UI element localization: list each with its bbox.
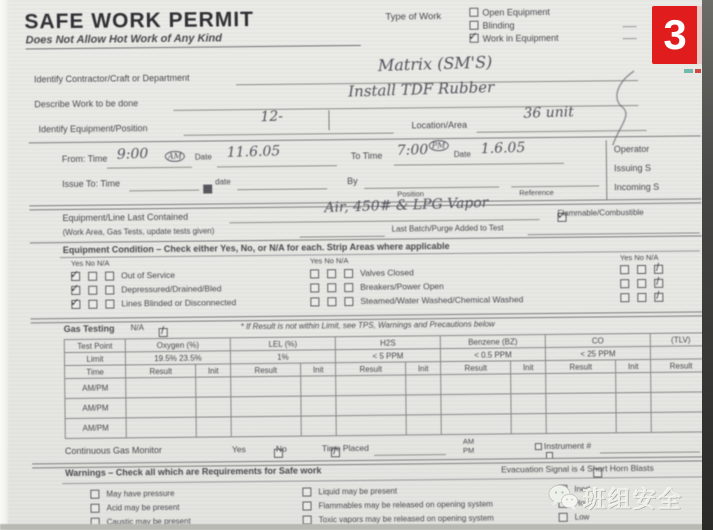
result-cell[interactable] — [126, 377, 197, 398]
result-cell[interactable] — [126, 397, 197, 418]
condition-row-right — [620, 265, 663, 274]
gas-na-checkbox[interactable] — [159, 328, 168, 337]
init-label: Init — [511, 361, 546, 374]
na-checkbox[interactable] — [105, 299, 114, 308]
type-of-work-options: Open Equipment Blinding Work in Equipmen… — [469, 5, 558, 45]
last-batch-label: Last Batch/Purge Added to Test — [392, 224, 504, 234]
yes-checkbox[interactable] — [310, 297, 319, 306]
warning-item: Flammables may be released on opening sy… — [302, 500, 492, 511]
condition-row-right — [620, 293, 663, 302]
to-label: To Time — [351, 152, 383, 162]
init-cell[interactable] — [196, 397, 231, 417]
form-subtitle: Does Not Allow Hot Work of Any Kind — [26, 31, 361, 50]
warning-checkbox[interactable] — [90, 504, 99, 513]
to-date-value: 1.6.05 — [481, 140, 526, 157]
test-point-header: Test Point — [64, 339, 125, 353]
pen-squiggle — [608, 69, 643, 149]
result-cell[interactable] — [546, 413, 617, 434]
result-label: Result — [441, 361, 511, 375]
gas-col-header: CO — [545, 333, 650, 347]
result-cell[interactable] — [336, 375, 407, 396]
divider — [29, 135, 701, 143]
monitor-am-checkbox[interactable] — [535, 443, 542, 450]
monitor-pm-label: PM — [463, 447, 474, 455]
warning-item: Toxic vapors may be released on opening … — [303, 514, 494, 525]
init-cell[interactable] — [406, 375, 441, 395]
evacuation-label: Evacuation Signal is 4 Short Horn Blasts — [501, 464, 654, 475]
condition-row: Out of Service — [71, 270, 175, 281]
result-cell[interactable] — [126, 417, 197, 438]
pink-edge-strip — [697, 6, 702, 64]
na-checkbox[interactable] — [654, 279, 663, 288]
instrument-blank[interactable] — [600, 441, 700, 453]
no-checkbox[interactable] — [327, 269, 336, 278]
result-cell[interactable] — [546, 393, 617, 414]
scanned-safe-work-permit: SAFE WORK PERMIT Does Not Allow Hot Work… — [0, 0, 713, 530]
scan-right-edge — [702, 0, 713, 530]
na-checkbox[interactable] — [654, 265, 663, 274]
result-cell[interactable] — [336, 395, 407, 416]
monitor-label: Continuous Gas Monitor — [65, 446, 162, 457]
from-date-label: Date — [195, 154, 212, 163]
na-checkbox[interactable] — [105, 285, 114, 294]
result-cell[interactable] — [336, 415, 407, 436]
warning-label: Flammables may be released on opening sy… — [318, 500, 492, 511]
init-cell[interactable] — [301, 396, 336, 416]
watermark-text: 班组安全 — [583, 481, 683, 514]
row-ampm: AM/PM — [65, 398, 126, 419]
warning-item: Liquid may be present — [302, 487, 397, 497]
warning-label: Acid may be present — [106, 503, 179, 513]
result-label: Result — [336, 362, 406, 376]
gas-col-header: LEL (%) — [230, 337, 335, 351]
init-cell[interactable] — [616, 412, 651, 432]
contained-label: Equipment/Line Last Contained — [62, 213, 188, 224]
contractor-value: Matrix (SM'S) — [378, 52, 493, 75]
option-blinding[interactable]: Blinding — [469, 18, 558, 32]
step-number-badge: 3 — [652, 6, 698, 64]
yes-checkbox[interactable] — [310, 269, 319, 278]
row-ampm: AM/PM — [65, 418, 126, 439]
limit-value: < 25 PPM — [545, 346, 650, 360]
checkbox-open-equipment[interactable] — [469, 8, 478, 17]
result-label: Result — [546, 360, 616, 374]
equipment-value: 12- — [260, 109, 283, 126]
checkbox-work-in-equipment[interactable] — [470, 34, 479, 43]
yes-checkbox[interactable] — [71, 285, 80, 294]
gas-col-header: Benzene (BZ) — [440, 335, 545, 349]
no-checkbox[interactable] — [637, 265, 646, 274]
gas-testing-label: Gas Testing — [64, 325, 115, 335]
scan-bottom-edge — [0, 524, 713, 530]
gas-col-header: H2S — [335, 336, 440, 350]
stray-mark — [623, 38, 637, 39]
init-label: Init — [616, 359, 651, 372]
equipment-blank[interactable] — [184, 123, 394, 136]
init-cell[interactable] — [616, 372, 651, 392]
condition-row: Lines Blinded or Disconnected — [71, 297, 236, 309]
by-blank[interactable] — [364, 177, 499, 189]
type-of-work-label: Type of Work — [385, 12, 441, 23]
init-label: Init — [406, 362, 441, 375]
contractor-label: Identify Contractor/Craft or Department — [34, 74, 190, 86]
limit-value: 1% — [230, 350, 335, 364]
yes-checkbox[interactable] — [71, 271, 80, 280]
reference-blank[interactable] — [511, 175, 599, 187]
no-checkbox[interactable] — [637, 293, 646, 302]
no-checkbox[interactable] — [637, 279, 646, 288]
yes-checkbox[interactable] — [71, 299, 80, 308]
reference-sublabel: Reference — [519, 189, 554, 198]
condition-item-label: Breakers/Power Open — [360, 281, 444, 292]
warning-item: Acid may be present — [90, 503, 179, 513]
gas-col-header: Oxygen (%) — [125, 338, 230, 352]
init-cell[interactable] — [511, 374, 546, 394]
from-time-value: 9:00 — [117, 146, 149, 163]
by-label: By — [347, 177, 358, 187]
na-checkbox[interactable] — [344, 269, 353, 278]
no-checkbox[interactable] — [327, 297, 336, 306]
init-label: Init — [301, 363, 336, 376]
location-label: Location/Area — [411, 121, 467, 131]
result-cell[interactable] — [231, 416, 302, 437]
scan-left-edge — [0, 0, 9, 530]
condition-row-right — [620, 279, 663, 288]
result-cell[interactable] — [546, 373, 617, 394]
limit-value: 19.5% 23.5% — [125, 351, 230, 365]
warning-label: Liquid may be present — [318, 487, 397, 497]
option-label: Blinding — [482, 20, 514, 30]
teal-mark — [684, 69, 693, 73]
na-checkbox[interactable] — [344, 297, 353, 306]
from-date-value: 11.6.05 — [227, 143, 281, 161]
no-checkbox[interactable] — [88, 285, 97, 294]
result-cell[interactable] — [441, 394, 512, 415]
condition-item-label: Valves Closed — [360, 267, 414, 278]
condition-row: Breakers/Power Open — [310, 281, 444, 292]
init-cell[interactable] — [406, 415, 441, 435]
warning-checkbox[interactable] — [302, 501, 311, 510]
condition-item-label: Out of Service — [121, 270, 175, 281]
init-cell[interactable] — [511, 414, 546, 434]
limit-label: Limit — [64, 352, 125, 366]
from-label: From: Time — [62, 155, 108, 165]
watermark: 班组安全 — [548, 481, 683, 514]
result-cell[interactable] — [231, 376, 302, 397]
option-label: Open Equipment — [482, 6, 550, 17]
condition-header-mid: Yes No N/A — [310, 257, 349, 266]
to-ampm-circled[interactable]: PM — [429, 140, 449, 151]
gas-test-table: Test Point Oxygen (%) LEL (%) H2S Benzen… — [64, 332, 713, 439]
monitor-no-label: No — [276, 445, 287, 454]
init-cell[interactable] — [301, 416, 336, 436]
warnings-title: Warnings – Check all which are Requireme… — [65, 466, 321, 479]
wechat-icon — [548, 484, 578, 511]
monitor-yes-label: Yes — [232, 445, 246, 454]
to-date-label: Date — [454, 151, 471, 160]
work-label: Describe Work to be done — [34, 99, 138, 110]
tick-mark — [328, 110, 329, 130]
warning-item: May have pressure — [90, 489, 174, 499]
warning-checkbox[interactable] — [559, 513, 568, 522]
yes-checkbox[interactable] — [620, 265, 629, 274]
condition-row: Depressured/Drained/Bled — [71, 283, 221, 295]
from-ampm-circled[interactable]: AM — [165, 151, 185, 162]
area-blank[interactable] — [300, 226, 385, 238]
instrument-label: Instrument # — [544, 442, 591, 452]
yes-checkbox[interactable] — [620, 279, 629, 288]
side-box-border — [606, 140, 608, 200]
row-ampm: AM/PM — [65, 378, 126, 399]
condition-item-label: Steamed/Water Washed/Chemical Washed — [360, 294, 523, 306]
na-checkbox[interactable] — [105, 271, 114, 280]
init-cell[interactable] — [616, 392, 651, 412]
yes-checkbox[interactable] — [620, 293, 629, 302]
issue-ampm-checkbox[interactable] — [203, 185, 212, 194]
condition-header-right: Yes No N/A — [620, 254, 659, 263]
limit-value: < 5 PPM — [335, 349, 440, 363]
init-cell[interactable] — [511, 394, 546, 414]
condition-row: Steamed/Water Washed/Chemical Washed — [310, 294, 523, 306]
na-checkbox[interactable] — [654, 293, 663, 302]
result-cell[interactable] — [231, 396, 302, 417]
equipment-label: Identify Equipment/Position — [39, 124, 148, 135]
option-label: Work in Equipment — [483, 32, 559, 43]
issue-date-blank[interactable] — [237, 178, 327, 190]
result-cell[interactable] — [441, 414, 512, 435]
condition-item-label: Lines Blinded or Disconnected — [121, 297, 236, 308]
warning-label: May have pressure — [106, 489, 174, 499]
form-title: SAFE WORK PERMIT — [24, 8, 254, 33]
gas-note: * If Result is not within Limit, see TPS… — [241, 321, 495, 332]
issue-to-label: Issue To: Time — [62, 179, 120, 189]
yes-checkbox[interactable] — [310, 283, 319, 292]
result-cell[interactable] — [441, 374, 512, 395]
result-label: Result — [231, 363, 301, 377]
init-cell[interactable] — [301, 376, 336, 396]
red-mark — [695, 69, 701, 73]
last-batch-blank[interactable] — [528, 222, 700, 235]
no-checkbox[interactable] — [327, 283, 336, 292]
issue-date-label: date — [215, 178, 231, 187]
permit-form: SAFE WORK PERMIT Does Not Allow Hot Work… — [0, 0, 713, 530]
flammable-label: Flammable/Combustible — [557, 209, 643, 219]
condition-row: Valves Closed — [310, 267, 414, 278]
condition-item-label: Depressured/Drained/Bled — [121, 283, 221, 294]
limit-value: < 0.5 PPM — [440, 348, 545, 362]
checkbox-blinding[interactable] — [469, 21, 478, 30]
gas-na-label: N/A — [131, 324, 144, 333]
time-placed-blank[interactable] — [374, 444, 446, 456]
side-box-incoming: Incoming S — [614, 183, 659, 193]
time-label: Time — [65, 365, 126, 379]
location-value: 36 unit — [523, 104, 574, 122]
na-checkbox[interactable] — [344, 283, 353, 292]
warning-checkbox[interactable] — [302, 487, 311, 496]
warning-checkbox[interactable] — [90, 490, 99, 499]
time-placed-label: Time Placed — [322, 444, 369, 454]
init-cell[interactable] — [196, 417, 231, 437]
init-label: Init — [196, 364, 231, 377]
no-checkbox[interactable] — [88, 299, 97, 308]
to-time-value: 7:00 — [397, 142, 429, 159]
init-cell[interactable] — [406, 395, 441, 415]
option-open-equipment[interactable]: Open Equipment — [469, 5, 558, 19]
option-work-in-equipment[interactable]: Work in Equipment — [470, 31, 559, 45]
issue-time-blank[interactable] — [129, 180, 199, 192]
warning-label: Toxic vapors may be released on opening … — [319, 514, 494, 525]
no-checkbox[interactable] — [88, 271, 97, 280]
stray-mark — [623, 26, 637, 27]
init-cell[interactable] — [196, 377, 231, 397]
area-note-label: (Work Area, Gas Tests, update tests give… — [63, 227, 215, 237]
result-label: Result — [126, 364, 196, 378]
side-box-issuing: Issuing S — [614, 164, 651, 174]
